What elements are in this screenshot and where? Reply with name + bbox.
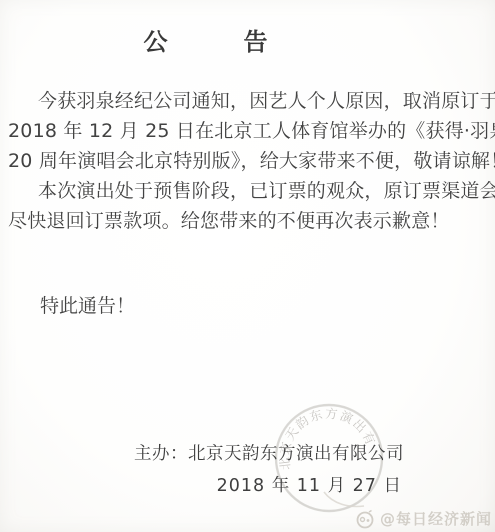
watermark-swoosh-icon bbox=[323, 490, 365, 510]
body-line-2: 2018 年 12 月 25 日在北京工人体育馆举办的《获得·羽泉 bbox=[8, 116, 404, 146]
body-line-4: 本次演出处于预售阶段，已订票的观众，原订票渠道会 bbox=[8, 176, 404, 206]
organizer-line: 主办：北京天韵东方演出有限公司 bbox=[134, 440, 404, 465]
weibo-eye-icon bbox=[355, 509, 375, 529]
watermark: @每日经济新闻 bbox=[355, 508, 492, 529]
closing-note: 特此通告！ bbox=[40, 291, 135, 318]
body-line-3: 20 周年演唱会北京特别版》，给大家带来不便，敬请谅解！ bbox=[8, 146, 404, 176]
page-title: 公 告 bbox=[8, 22, 404, 57]
date-line: 2018 年 11 月 27 日 bbox=[217, 472, 402, 497]
announcement-document: 公 告 今获羽泉经纪公司通知，因艺人个人原因，取消原订于 2018 年 12 月… bbox=[0, 0, 495, 532]
watermark-text: @每日经济新闻 bbox=[380, 508, 492, 529]
announcement-body: 今获羽泉经纪公司通知，因艺人个人原因，取消原订于 2018 年 12 月 25 … bbox=[8, 86, 404, 236]
body-line-1: 今获羽泉经纪公司通知，因艺人个人原因，取消原订于 bbox=[8, 86, 404, 116]
body-line-5: 尽快退回订票款项。给您带来的不便再次表示歉意！ bbox=[8, 206, 404, 236]
document-sheet: 公 告 今获羽泉经纪公司通知，因艺人个人原因，取消原订于 2018 年 12 月… bbox=[8, 0, 404, 532]
